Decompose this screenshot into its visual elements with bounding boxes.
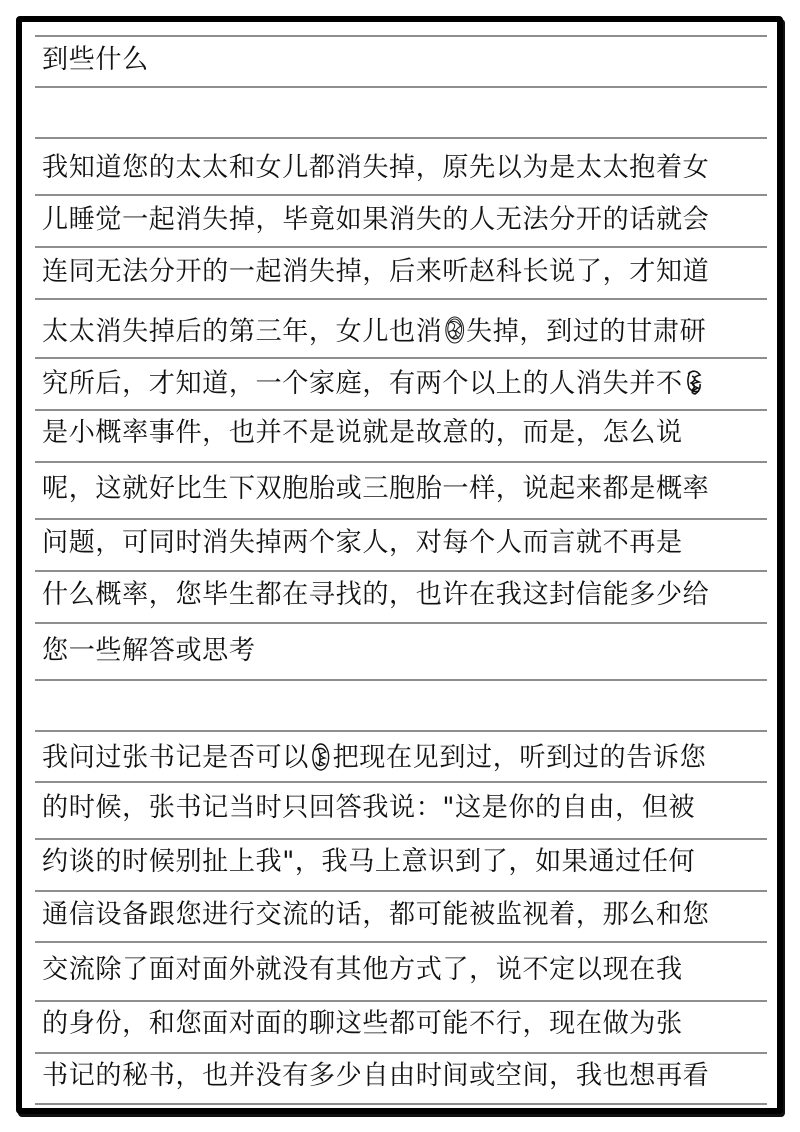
letter-line-part: 失掉，到过的甘肃研: [466, 316, 706, 347]
ruled-line: [35, 194, 767, 196]
ruled-line: [35, 679, 767, 681]
ruled-line: [35, 246, 767, 248]
ruled-line: [35, 890, 767, 892]
letter-line: 通信设备跟您进行交流的话，都可能被监视着，那么和您: [42, 900, 751, 930]
letter-line: 连同无法分开的一起消失掉，后来听赵科长说了，才知道: [42, 257, 751, 287]
letter-line: 我知道您的太太和女儿都消失掉，原先以为是太太抱着女: [42, 153, 751, 183]
letter-line: 交流除了面对面外就没有其他方式了，说不定以现在我: [42, 955, 751, 985]
ruled-line: [35, 298, 767, 300]
ruled-line: [35, 35, 767, 37]
ruled-line: [35, 1103, 767, 1105]
letter-line: 到些什么: [42, 45, 751, 75]
letter-line: 问题，可同时消失掉两个家人，对每个人而言就不再是: [42, 528, 751, 558]
letter-line: 什么概率，您毕生都在寻找的，也许在我这封信能多少给: [42, 580, 751, 610]
crossed-out-mark-icon: [684, 366, 706, 398]
letter-line: 的时候，张书记当时只回答我说："这是你的自由，但被: [42, 793, 751, 823]
ruled-line: [35, 622, 767, 624]
crossed-out-mark-icon: [443, 314, 465, 346]
letter-line: 书记的秘书，也并没有多少自由时间或空间，我也想再看: [42, 1061, 751, 1091]
ruled-line: [35, 570, 767, 572]
ruled-line: [35, 461, 767, 463]
letter-line: 究所后，才知道，一个家庭，有两个以上的人消失并不: [42, 366, 751, 399]
ruled-line: [35, 357, 767, 359]
letter-line-part: 我问过张书记是否可以: [42, 742, 309, 773]
letter-line-part: 究所后，才知道，一个家庭，有两个以上的人消失并不: [42, 368, 683, 399]
letter-line: 我问过张书记是否可以把现在见到过，听到过的告诉您: [42, 740, 751, 773]
crossed-out-mark-icon: [310, 740, 332, 772]
ruled-line: [35, 86, 767, 88]
ruled-line: [35, 1052, 767, 1054]
letter-line: 约谈的时候别扯上我"，我马上意识到了，如果通过任何: [42, 847, 751, 877]
letter-line: 是小概率事件，也并不是说就是故意的，而是，怎么说: [42, 418, 751, 448]
ruled-line: [35, 137, 767, 139]
letter-line: 儿睡觉一起消失掉，毕竟如果消失的人无法分开的话就会: [42, 205, 751, 235]
ruled-line: [35, 409, 767, 411]
ruled-line: [35, 518, 767, 520]
letter-line-part: 把现在见到过，听到过的告诉您: [333, 742, 707, 773]
ruled-line: [35, 730, 767, 732]
letter-line: 的身份，和您面对面的聊这些都可能不行，现在做为张: [42, 1009, 751, 1039]
ruled-line: [35, 941, 767, 943]
letter-line: 太太消失掉后的第三年，女儿也消失掉，到过的甘肃研: [42, 314, 751, 347]
ruled-line: [35, 838, 767, 840]
letter-line: 呢，这就好比生下双胞胎或三胞胎一样，说起来都是概率: [42, 474, 751, 504]
letter-line: 您一些解答或思考: [42, 636, 751, 666]
letter-line-part: 太太消失掉后的第三年，女儿也消: [42, 316, 442, 347]
ruled-line: [35, 1000, 767, 1002]
ruled-line: [35, 781, 767, 783]
